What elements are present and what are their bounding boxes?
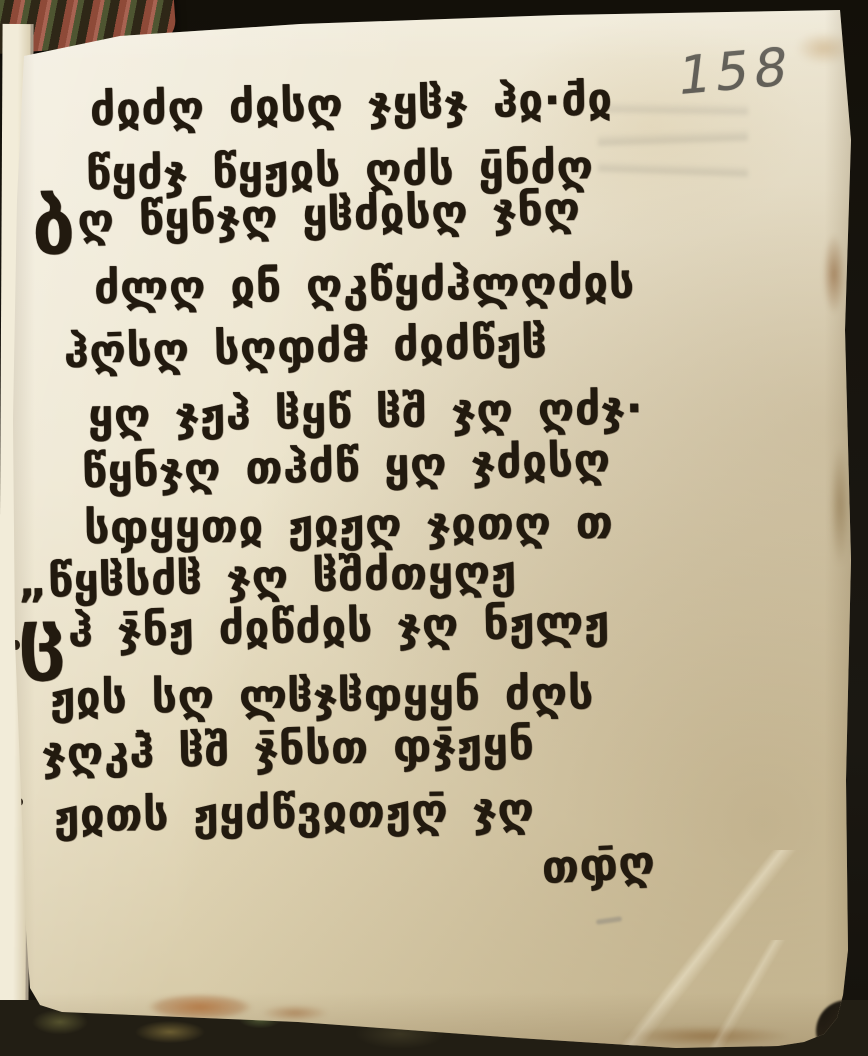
- manuscript-photo: 158 ძჲძღ ძჲსღ ჯყჱჯ ჰჲ·ძ̄ჲ წყძჯ წყჟჲს ღძს…: [0, 0, 868, 1056]
- initial-letter: ბ: [31, 183, 77, 273]
- initial-letter: [51, 778, 52, 867]
- line-text: ღ წყნჯღ ყჱძჲსღ ჯნღ: [77, 182, 581, 247]
- line-text: ჰ ჯ̄ნჟ ძჲწძჲს ჯღ ნჟლჟ: [68, 595, 611, 657]
- text-line: ბღ წყნჯღ ყჱძჲსღ ჯნღ: [31, 185, 581, 260]
- line-text: ძჲძღ ძჲსღ ჯყჱჯ ჰჲ·ძ̄ჲ: [89, 72, 613, 136]
- text-line-final-word: თჶ̄ღ: [538, 838, 657, 905]
- line-text: სჶყყთჲ ჟჲჟღ ჯჲთღ თ: [84, 496, 614, 555]
- parchment-page: 158 ძჲძღ ძჲსღ ჯყჱჯ ჰჲ·ძ̄ჲ წყძჯ წყჟჲს ღძს…: [0, 0, 868, 1056]
- line-text: ყღ ჯჟჰ ჱყწ ჱშ ჯღ ღძჯ·: [88, 381, 644, 442]
- text-line: ძლღ ჲნ̄ ღკწყძჰლღძჲს: [92, 258, 635, 325]
- pencil-smudge: [596, 916, 622, 925]
- text-line: ძჲძღ ძჲსღ ჯყჱჯ ჰჲ·ძ̄ჲ: [87, 75, 613, 147]
- text-line: ცჰ ჯ̄ნჟ ძჲწძჲს ჯღ ნჟლჟ: [17, 598, 610, 670]
- line-text: ჟჲთს ჟყძწვჲთჟღ̄ ჯღ: [54, 782, 535, 842]
- line-text: ჟჲს სღ ლჱჯჱჶყყნ ძღს: [50, 666, 594, 724]
- text-line: ჰღ̄სღ სღჶძჵ ძჲძწჟჱ: [61, 318, 548, 389]
- line-text: თჶ̄ღ: [540, 835, 656, 894]
- line-text: წყნჯღ თჰძწ ყღ ჯძჲსღ: [81, 433, 611, 498]
- text-line: ჟჲთს ჟყძწვჲთჟღ̄ ჯღ: [52, 785, 535, 853]
- line-text: ჰღ̄სღ სღჶძჵ ძჲძწჟჱ: [63, 315, 548, 378]
- stain-right-edge: [818, 218, 850, 330]
- initial-letter: ც: [17, 593, 67, 683]
- line-text: ჯღკჰ̄ ჱშ ჯ̄ნსთ ჶჯ̄ჟყნ: [41, 717, 535, 780]
- line-text: ძლღ ჲნ̄ ღკწყძჰლღძჲს: [94, 255, 635, 314]
- text-line: ჯღკჰ̄ ჱშ ჯ̄ნსთ ჶჯ̄ჟყნ: [39, 720, 535, 792]
- page-number: 158: [674, 37, 795, 108]
- ink-showthrough: [598, 92, 748, 210]
